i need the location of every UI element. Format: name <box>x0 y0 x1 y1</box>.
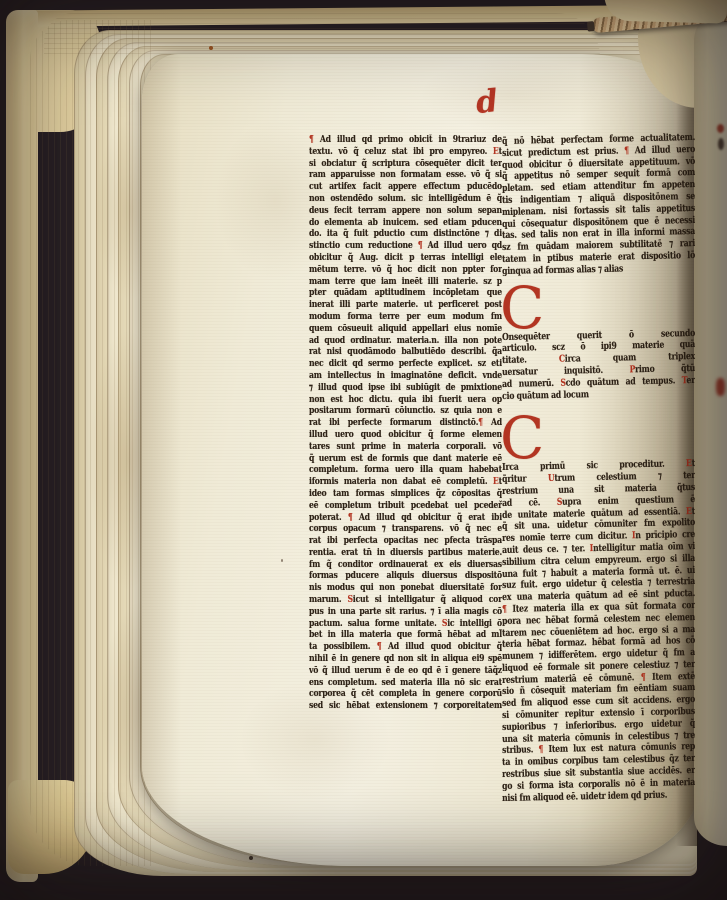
text-column-left: ¶ Ad illud qd primo obicit̃ in 9trariuz … <box>309 134 502 712</box>
text-line: cut artifex facit appere effectum pducēd… <box>309 181 502 193</box>
pilcrow-rubric: ¶ <box>377 641 382 652</box>
red-touched-capital: E <box>493 146 499 157</box>
text-line: do elementa ab inuicem. sed etiam pducen <box>309 217 502 229</box>
text-line: rentia. erat tn̄ in diuersis partibus ma… <box>309 547 502 559</box>
facing-page-text-glimpse <box>718 138 724 150</box>
text-line: mētum terre. vō q̃ hoc dicit non ppter f… <box>309 264 502 276</box>
rust-speck <box>209 46 213 50</box>
text-line: ad quod ordinatur. materia.n. illa non p… <box>309 335 502 347</box>
pilcrow-rubric: ¶ <box>348 512 353 523</box>
pilcrow-rubric: ¶ <box>624 145 629 156</box>
ink-speck <box>249 856 253 860</box>
text-line: corporea q̃ cēt completa in genere corpo… <box>309 688 502 700</box>
red-touched-capital: S <box>557 496 563 507</box>
text-line: modum forma terre per eum modum fm <box>309 311 502 323</box>
paragraph: CIrca primū sic proceditur. Etq̃ritur Ut… <box>502 415 695 804</box>
paragraph: COnsequēter querit̃ ō secundoarticulo. s… <box>502 285 695 403</box>
text-line: ta possibilem. ¶ Ad illud quod obicitur … <box>309 641 502 653</box>
text-line: textu. vō q̃ celuz stat ibi pro empyreo.… <box>309 146 502 158</box>
paragraph: ¶ Ad illud qd primo obicit̃ in 9trariuz … <box>309 134 502 712</box>
text-line: ⁊ illud quod ipse ibi subiūgit de pmixti… <box>309 382 502 394</box>
text-line: inerat illi parte materie. ut perficeret… <box>309 299 502 311</box>
text-line: ens completum. sed materia illa nō sic e… <box>309 677 502 689</box>
text-line: rat nisi quodāmodo balbutiēdo describi. … <box>309 346 502 358</box>
text-line: quem cōsueuit aliquid appellari eius nom… <box>309 323 502 335</box>
lombardic-initial: C <box>500 416 557 462</box>
text-column-right: q̃ nō hēbat perfectam forme actualitatem… <box>502 136 695 804</box>
text-line: formas pducere aliquis diuersus disposit… <box>309 570 502 582</box>
text-line: pactum. salua forme unitate. Sic intelli… <box>309 618 502 630</box>
red-touched-capital: S <box>347 594 352 605</box>
text-line: pter quādam aptitudinem incōpletam que <box>309 287 502 299</box>
text-line: pus in una parte sit rarius. ⁊ ī alia ma… <box>309 606 502 618</box>
text-line: ram apparuisse non formatam esse. vō q̃ … <box>309 169 502 181</box>
pilcrow-rubric: ¶ <box>502 604 507 615</box>
text-line: nihil ē in genere qd non sit in aliqua e… <box>309 653 502 665</box>
text-line: illud uero quod obicitur q̃ forme elemen <box>309 429 502 441</box>
red-touched-capital: I <box>590 543 594 554</box>
text-line: fm q̃ conditor ordinauerat ex eis diuers… <box>309 559 502 571</box>
text-line: deus fecit terram appere non solum sepan <box>309 205 502 217</box>
text-line: am intellectus in imaginatōne deficit. v… <box>309 370 502 382</box>
book-photograph: d ¶ Ad illud qd primo obicit̃ in 9trariu… <box>0 0 727 900</box>
lombardic-initial: C <box>500 286 557 332</box>
text-line: eē completum tribuit pcedebat uel pcedeř <box>309 500 502 512</box>
page-top-edges-texture <box>44 13 600 57</box>
paragraph: q̃ nō hēbat perfectam forme actualitatem… <box>502 136 695 278</box>
text-line: bet in illa materia que formā hēbat ad m… <box>309 629 502 641</box>
text-line: ideo tam formas simplices q̃z cōpositas … <box>309 488 502 500</box>
text-line: do. ita q̃ fuit pductio cum distinctōne … <box>309 228 502 240</box>
text-line: sed sic hēbat extensionem ⁊ corporeitate… <box>309 700 502 712</box>
text-line: iformis materia non dabat eē completū. E… <box>309 476 502 488</box>
rubricated-folio-mark: d <box>474 83 499 121</box>
red-touched-capital: E <box>493 476 499 487</box>
red-touched-capital: U <box>548 473 555 484</box>
text-line: q̃ uerum est de formis que dant materie … <box>309 453 502 465</box>
ink-speck <box>281 559 283 562</box>
facing-page-rubric-glimpse <box>717 124 724 133</box>
text-line: corpus opacum ⁊ transparens. vō q̃ nec e <box>309 523 502 535</box>
text-line: ¶ Ad illud qd primo obicit̃ in 9trariuz … <box>309 134 502 146</box>
cover-corner-top-right <box>604 0 727 24</box>
red-touched-capital: C <box>559 354 565 365</box>
pilcrow-rubric: ¶ <box>478 417 483 428</box>
pilcrow-rubric: ¶ <box>538 745 543 756</box>
text-line: nis modus qui non ponebat diuersitatē fo… <box>309 582 502 594</box>
text-line: tares sunt prime in materia corporali. v… <box>309 441 502 453</box>
red-touched-capital: I <box>632 530 636 541</box>
text-line: non est hoc dictu. quia ibi fuerit uera … <box>309 394 502 406</box>
text-line: non ostendēdo solum. sic intelligēdum ē … <box>309 193 502 205</box>
text-line: stinctio cum reductione ¶ Ad illud uero … <box>309 240 502 252</box>
red-touched-capital: E <box>686 458 692 469</box>
pilcrow-rubric: ¶ <box>641 672 646 683</box>
text-line: poterat. ¶ Ad illud qd obicitur q̃ erat … <box>309 512 502 524</box>
text-line: mam terre que iam ineēt illi materie. sz… <box>309 276 502 288</box>
text-line: positarum formarū cōiunctio. sz quia non… <box>309 405 502 417</box>
text-line: rat ibi perfecte formarum distinctō.¶ Ad <box>309 417 502 429</box>
text-line: marum. Sicut si intelligatur q̃ aliquod … <box>309 594 502 606</box>
text-line: vō q̃ illud uerum ē de eo qd ē ī genere … <box>309 665 502 677</box>
text-line: obicitur q̃ Aug. dicit p terras intellig… <box>309 252 502 264</box>
red-touched-capital: E <box>686 506 692 517</box>
text-line: nec dicit qd sermo perfecte explicet. sz… <box>309 358 502 370</box>
text-line: si obciatur q̃ scriptura cōsequēter dici… <box>309 158 502 170</box>
text-line: completum. forma uero illa quam habebat <box>309 464 502 476</box>
text-line: rat ibi perfecta opacitas nec pfecta trā… <box>309 535 502 547</box>
stain <box>420 58 600 130</box>
red-touched-capital: T <box>682 375 687 386</box>
pilcrow-rubric: ¶ <box>309 134 314 145</box>
facing-page-rubric-glimpse <box>716 378 725 396</box>
pilcrow-rubric: ¶ <box>418 240 423 251</box>
red-touched-capital: P <box>629 364 635 375</box>
red-touched-capital: S <box>442 618 447 629</box>
red-touched-capital: S <box>560 377 566 388</box>
